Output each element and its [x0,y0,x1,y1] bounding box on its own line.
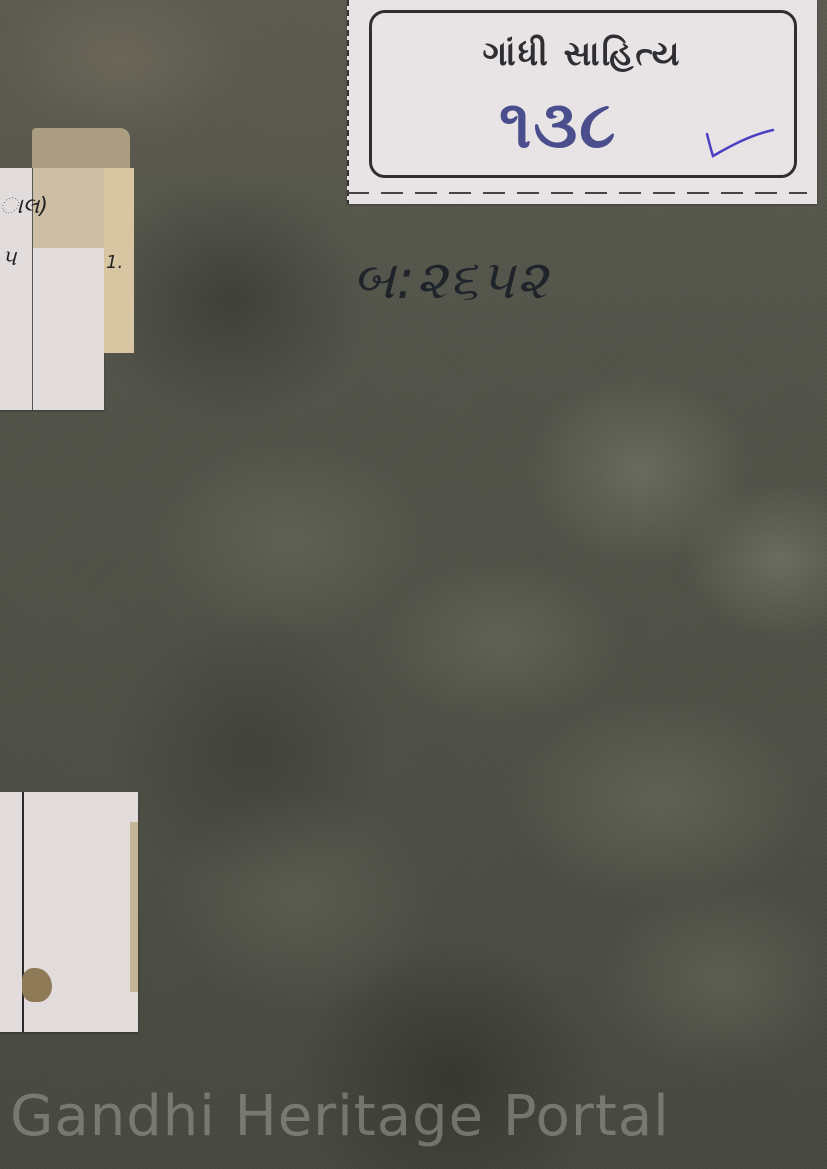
spine-label-edge-stain [130,822,138,992]
checkmark-icon [703,126,778,160]
spine-label-side-mark: 1. [106,252,123,273]
spine-label-top: ાલ) ૫ 1. [0,168,104,410]
label-perforation-bottom [347,192,807,194]
label-catalog-number: ૧૩૮ [499,86,618,165]
watermark: Gandhi Heritage Portal [10,1084,670,1149]
spine-label-bottom [0,792,138,1032]
spine-label-text-line2: ૫ [2,246,16,271]
label-title: ગાંધી સાહિત્ય [347,34,817,74]
handwritten-accession-number: બ:૨૬૫૨ [352,248,549,312]
library-label: ગાંધી સાહિત્ય ૧૩૮ [347,0,817,204]
spine-label-tear [22,968,52,1002]
label-perforation-left [347,0,349,204]
spine-label-text-line1: ાલ) [0,194,48,219]
